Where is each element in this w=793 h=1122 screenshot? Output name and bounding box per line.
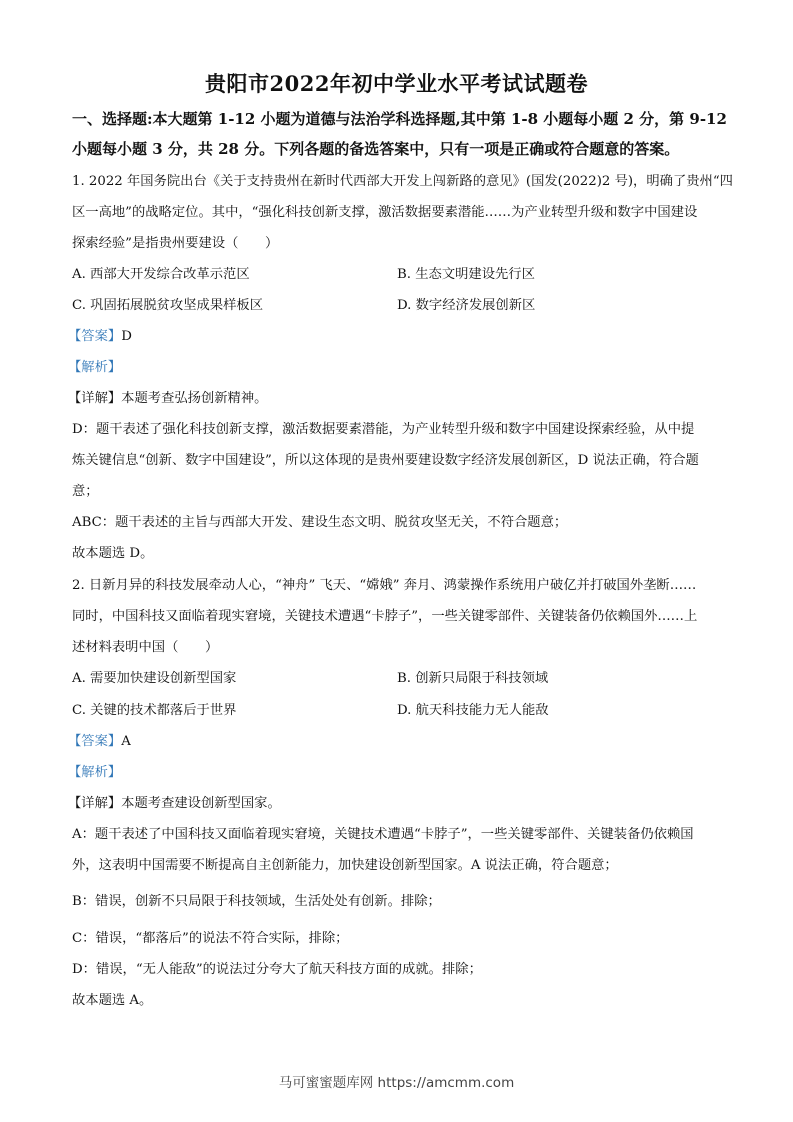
answer-value: A xyxy=(121,734,131,749)
q2-detail-line-5: C：错误，“都落后”的说法不符合实际，排除； xyxy=(72,930,348,948)
q1-answer: 【答案】D xyxy=(68,328,132,346)
q1-detail-line-1: 【详解】本题考查弘扬创新精神。 xyxy=(68,390,267,408)
answer-value: D xyxy=(121,329,132,344)
q2-stem-line-3: 述材料表明中国（ ） xyxy=(72,639,218,657)
q2-detail-line-4: B：错误，创新不只局限于科技领域，生活处处有创新。排除； xyxy=(72,893,441,911)
q1-stem-line-3: 探索经验”是指贵州要建设（ ） xyxy=(72,235,278,253)
q1-detail-line-4: 意； xyxy=(72,483,99,501)
q2-option-a: A. 需要加快建设创新型国家 xyxy=(72,670,236,688)
footer-watermark: 马可蜜蜜题库网 https://amcmm.com xyxy=(0,1071,793,1091)
q2-detail-line-2: A：题干表述了中国科技又面临着现实窘境，关键技术遭遇“卡脖子”，一些关键零部件、… xyxy=(72,826,694,844)
q1-analysis-tag: 【解析】 xyxy=(68,359,121,377)
section-instructions-line-1: 一、选择题:本大题第 1-12 小题为道德与法治学科选择题,其中第 1-8 小题… xyxy=(72,110,727,128)
q2-stem-line-1: 2. 日新月异的科技发展牵动人心，“神舟” 飞天、“嫦娥” 奔月、鸿蒙操作系统用… xyxy=(72,577,696,595)
q2-option-d: D. 航天科技能力无人能敌 xyxy=(397,702,549,720)
q1-option-b: B. 生态文明建设先行区 xyxy=(397,266,535,284)
q1-stem-line-1: 1. 2022 年国务院出台《关于支持贵州在新时代西部大开发上闯新路的意见》(国… xyxy=(72,173,733,191)
section-instructions-line-2: 小题每小题 3 分，共 28 分。下列各题的备选答案中，只有一项是正确或符合题意… xyxy=(72,140,679,158)
q1-option-a: A. 西部大开发综合改革示范区 xyxy=(72,266,250,284)
q2-detail-line-7: 故本题选 A。 xyxy=(72,992,152,1010)
q1-detail-line-2: D：题干表述了强化科技创新支撑，激活数据要素潜能，为产业转型升级和数字中国建设探… xyxy=(72,421,694,439)
q2-detail-line-1: 【详解】本题考查建设创新型国家。 xyxy=(68,795,281,813)
q2-option-b: B. 创新只局限于科技领域 xyxy=(397,670,548,688)
q1-option-c: C. 巩固拓展脱贫攻坚成果样板区 xyxy=(72,297,263,315)
q2-option-c: C. 关键的技术都落后于世界 xyxy=(72,702,236,720)
q1-stem-line-2: 区一高地”的战略定位。其中，“强化科技创新支撑，激活数据要素潜能……为产业转型升… xyxy=(72,204,697,222)
q1-detail-line-6: 故本题选 D。 xyxy=(72,545,153,563)
q1-detail-line-3: 炼关键信息“创新、数字中国建设”，所以这体现的是贵州要建设数字经济发展创新区，D… xyxy=(72,452,699,470)
q1-option-d: D. 数字经济发展创新区 xyxy=(397,297,535,315)
answer-tag: 【答案】 xyxy=(68,734,121,749)
exam-page: 贵阳市2022年初中学业水平考试试题卷 一、选择题:本大题第 1-12 小题为道… xyxy=(0,0,793,1122)
q1-detail-line-5: ABC：题干表述的主旨与西部大开发、建设生态文明、脱贫攻坚无关，不符合题意； xyxy=(72,514,567,532)
q2-analysis-tag: 【解析】 xyxy=(68,764,121,782)
q2-detail-line-6: D：错误，“无人能敌”的说法过分夸大了航天科技方面的成就。排除； xyxy=(72,961,482,979)
q2-detail-line-3: 外，这表明中国需要不断提高自主创新能力，加快建设创新型国家。A 说法正确，符合题… xyxy=(72,857,618,875)
q2-stem-line-2: 同时，中国科技又面临着现实窘境，关键技术遭遇“卡脖子”，一些关键零部件、关键装备… xyxy=(72,608,697,626)
page-title: 贵阳市2022年初中学业水平考试试题卷 xyxy=(0,68,793,98)
answer-tag: 【答案】 xyxy=(68,329,121,344)
q2-answer: 【答案】A xyxy=(68,733,131,751)
